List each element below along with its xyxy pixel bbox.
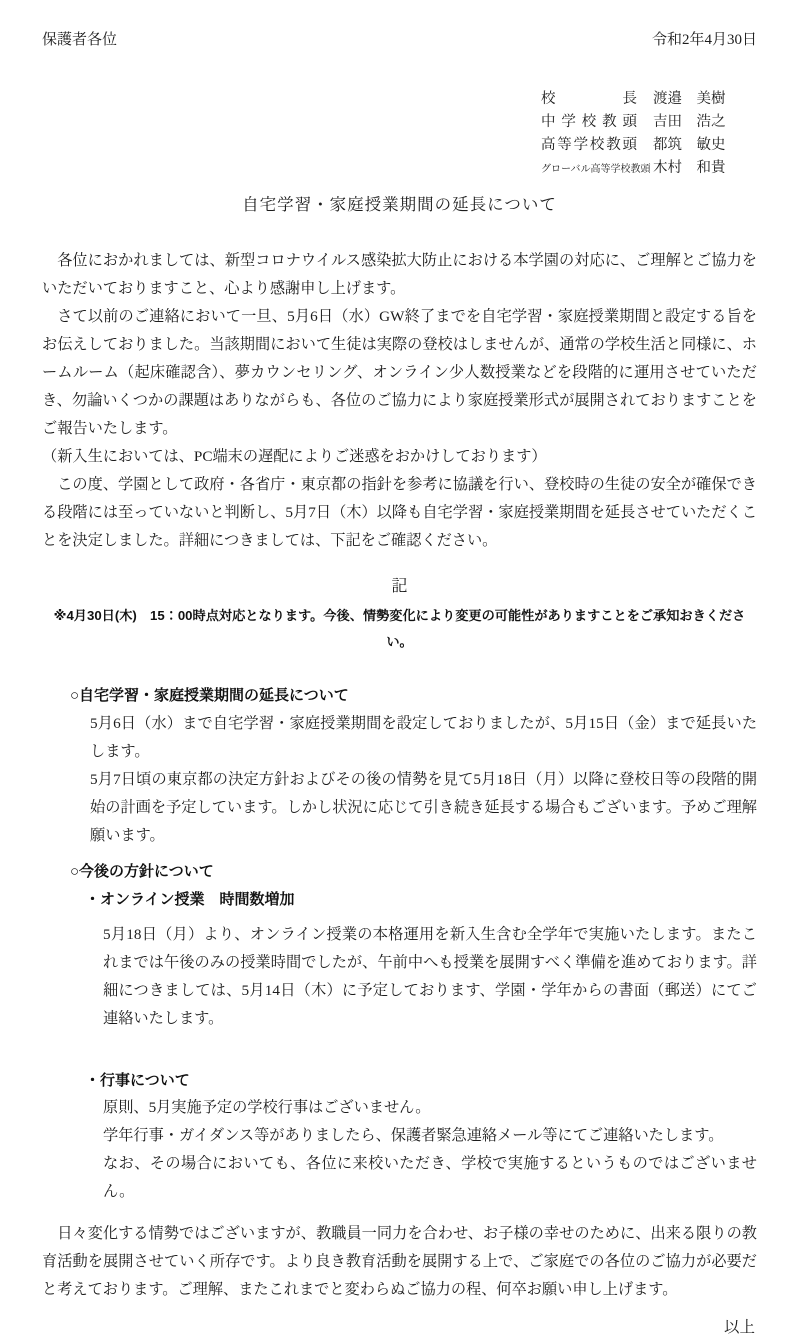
recipient: 保護者各位: [42, 30, 117, 50]
intro-paragraph: さて以前のご連絡において一旦、5月6日（水）GW終了までを自宅学習・家庭授業期間…: [42, 303, 757, 443]
letter-page: 保護者各位 令和2年4月30日 校 長 渡邉 美樹 中学校教頭 吉田 浩之 高等…: [0, 0, 800, 1131]
intro-paragraph: （新入生においては、PC端末の遅配によりご迷惑をおかけしております）: [42, 443, 757, 471]
signature-name: 木村 和貴: [653, 157, 757, 180]
subsection-paragraph: なお、その場合においても、各位に来校いただき、学校で実施するというものではござい…: [103, 1150, 757, 1206]
signature-row: 校 長 渡邉 美樹: [541, 88, 757, 111]
intro-paragraph: この度、学園として政府・各省庁・東京都の指針を参考に協議を行い、登校時の生徒の安…: [42, 471, 757, 555]
signature-row: 高等学校教頭 都筑 敏史: [541, 134, 757, 157]
section-future-policy: ○今後の方針について ・オンライン授業 時間数増加 5月18日（月）より、オンラ…: [42, 858, 757, 1206]
section-paragraph: 5月7日頃の東京都の決定方針およびその後の情勢を見て5月18日（月）以降に登校日…: [90, 766, 757, 850]
signature-role: 中学校教頭: [541, 111, 637, 134]
section-heading: ○今後の方針について: [70, 858, 757, 886]
page-title: 自宅学習・家庭授業期間の延長について: [42, 191, 757, 215]
subsection-events: ・行事について 原則、5月実施予定の学校行事はございません。 学年行事・ガイダン…: [42, 1067, 757, 1206]
signature-name: 渡邉 美樹: [653, 88, 757, 111]
signature-block: 校 長 渡邉 美樹 中学校教頭 吉田 浩之 高等学校教頭 都筑 敏史 グローバル…: [42, 88, 757, 181]
signature-role: グローバル高等学校教頭: [541, 158, 637, 181]
intro-paragraph: 各位におかれましては、新型コロナウイルス感染拡大防止における本学園の対応に、ご理…: [42, 247, 757, 303]
ki-marker: 記: [42, 573, 757, 601]
signature-name: 都筑 敏史: [653, 134, 757, 157]
spacer: [42, 913, 757, 921]
intro-body: 各位におかれましては、新型コロナウイルス感染拡大防止における本学園の対応に、ご理…: [42, 247, 757, 555]
signature-row: 中学校教頭 吉田 浩之: [541, 111, 757, 134]
signature-row: グローバル高等学校教頭 木村 和貴: [541, 157, 757, 181]
closing-body: 日々変化する情勢ではございますが、教職員一同力を合わせ、お子様の幸せのために、出…: [42, 1220, 757, 1304]
subsection-heading: ・オンライン授業 時間数増加: [85, 886, 757, 913]
subsection-body: 原則、5月実施予定の学校行事はございません。 学年行事・ガイダンス等がありました…: [103, 1094, 757, 1206]
subsection-online-classes: ・オンライン授業 時間数増加 5月18日（月）より、オンライン授業の本格運用を新…: [42, 886, 757, 1033]
section-extension: ○自宅学習・家庭授業期間の延長について 5月6日（水）まで自宅学習・家庭授業期間…: [42, 682, 757, 850]
subsection-paragraph: 学年行事・ガイダンス等がありましたら、保護者緊急連絡メール等にてご連絡いたします…: [103, 1122, 757, 1150]
subsection-heading: ・行事について: [85, 1067, 757, 1094]
signature-role: 高等学校教頭: [541, 134, 637, 157]
status-note: ※4月30日(木) 15：00時点対応となります。今後、情勢変化により変更の可能…: [42, 603, 757, 655]
section-paragraph: 5月6日（水）まで自宅学習・家庭授業期間を設定しておりましたが、5月15日（金）…: [90, 710, 757, 766]
closing-mark: 以上: [42, 1314, 757, 1342]
signature-role: 校 長: [541, 88, 637, 111]
closing-paragraph: 日々変化する情勢ではございますが、教職員一同力を合わせ、お子様の幸せのために、出…: [42, 1220, 757, 1304]
letter-header: 保護者各位 令和2年4月30日: [42, 30, 757, 50]
signature-name: 吉田 浩之: [653, 111, 757, 134]
subsection-body: 5月18日（月）より、オンライン授業の本格運用を新入生含む全学年で実施いたします…: [103, 921, 757, 1033]
section-heading: ○自宅学習・家庭授業期間の延長について: [70, 682, 757, 710]
section-body: 5月6日（水）まで自宅学習・家庭授業期間を設定しておりましたが、5月15日（金）…: [90, 710, 757, 850]
subsection-paragraph: 原則、5月実施予定の学校行事はございません。: [103, 1094, 757, 1122]
letter-date: 令和2年4月30日: [652, 30, 757, 50]
subsection-paragraph: 5月18日（月）より、オンライン授業の本格運用を新入生含む全学年で実施いたします…: [103, 921, 757, 1033]
